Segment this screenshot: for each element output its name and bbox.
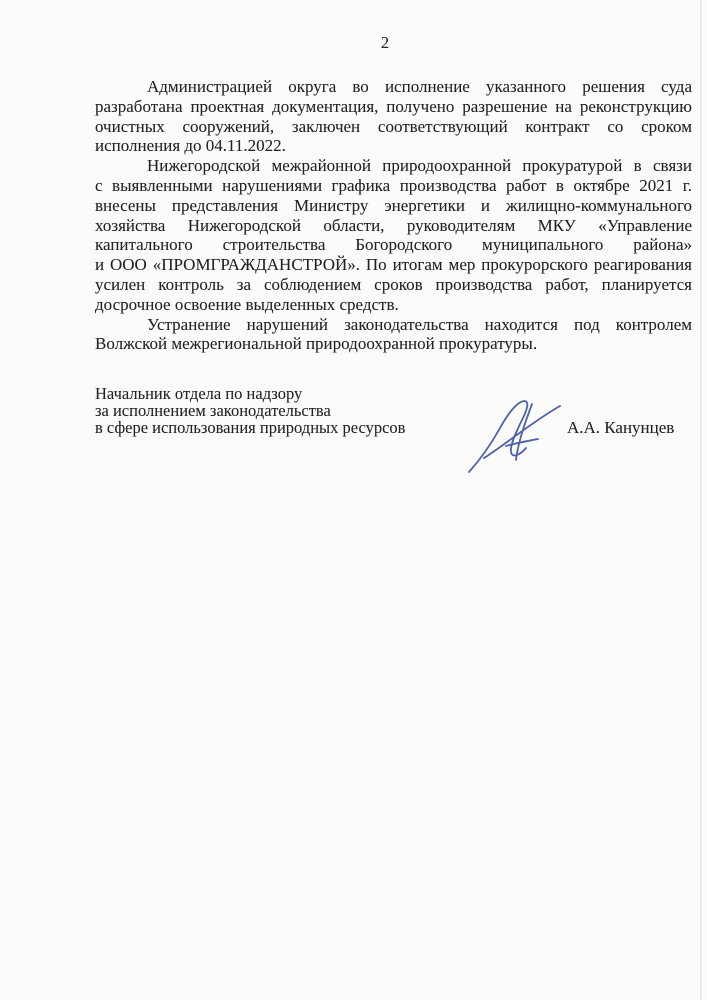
paragraph-prosecutor-representations: Нижегородской межрайонной природоохранно… (95, 156, 692, 314)
document-body: Администрацией округа во исполнение указ… (95, 77, 692, 354)
text-line: Администрацией округа во исполнение указ… (95, 77, 692, 97)
scan-edge-artifact (700, 0, 702, 1000)
text-line: разработана проектная документация, полу… (95, 97, 692, 117)
text-line: Волжской межрегиональной природоохранной… (95, 334, 692, 354)
text-line: Устранение нарушений законодательства на… (95, 315, 692, 335)
document-page: 2 Администрацией округа во исполнение ук… (0, 0, 707, 1000)
text-line: досрочное освоение выделенных средств. (95, 295, 692, 315)
text-line: хозяйства Нижегородской области, руковод… (95, 216, 692, 236)
text-line: внесены представления Министру энергетик… (95, 196, 692, 216)
signatory-position: Начальник отдела по надзору за исполнени… (95, 386, 405, 436)
text-line: и ООО «ПРОМГРАЖДАНСТРОЙ». По итогам мер … (95, 255, 692, 275)
text-line: очистных сооружений, заключен соответств… (95, 117, 692, 137)
text-line: усилен контроль за соблюдением сроков пр… (95, 275, 692, 295)
text-line: с выявленными нарушениями графика произв… (95, 176, 692, 196)
text-line: Нижегородской межрайонной природоохранно… (95, 156, 692, 176)
paragraph-administration-execution: Администрацией округа во исполнение указ… (95, 77, 692, 156)
position-line: в сфере использования природных ресурсов (95, 420, 405, 437)
signatory-name: А.А. Канунцев (567, 418, 674, 438)
text-line: капитального строительства Богородского … (95, 235, 692, 255)
signature-block: Начальник отдела по надзору за исполнени… (95, 386, 692, 516)
paragraph-violations-control: Устранение нарушений законодательства на… (95, 315, 692, 355)
page-number: 2 (95, 33, 675, 53)
text-line: исполнения до 04.11.2022. (95, 136, 692, 156)
handwritten-signature-icon (466, 398, 562, 474)
